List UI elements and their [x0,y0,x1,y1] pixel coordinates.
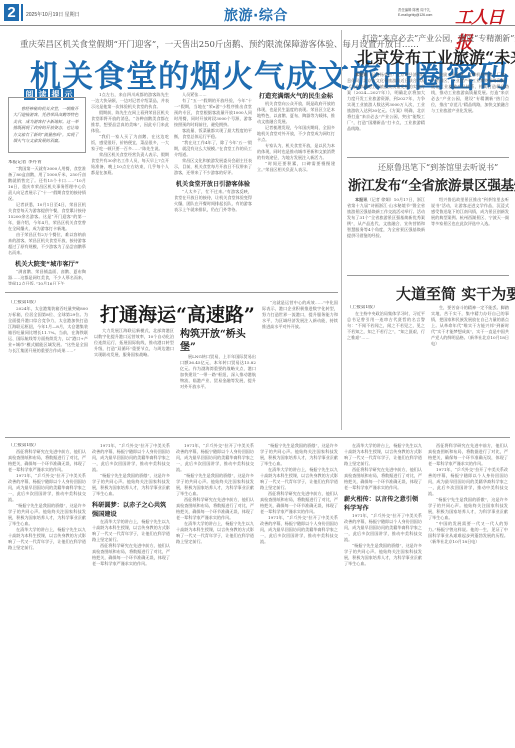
paragraph: 记者梳理发现，今年国庆期间，全国多地机关食堂对外开放，不少食堂成为网红打卡点。 [257,125,335,143]
paragraph: 生，要苦奋斗的精神一定不能丢。脚踏实地、苦干实干，集中精力办好自己的事情，把国家… [431,305,509,347]
byline: 本报讯 [355,72,367,77]
paragraph: 记者获悉，10月1日至4日，荣昌区机关食堂每天为游客提供午餐，食堂累计接待152… [8,202,86,232]
side1-column-2: 鼓励工业企业、文博机构开发工厂游、产业园区、工业遗产和工业博物馆等资源，优化工业… [431,72,509,152]
page-number-bar [21,4,23,21]
subhead: 机关食堂开放日引游客体验 [174,180,252,189]
paragraph: 由于荣昌区有2万个餐位，难以容纳前来的游客，荣昌区机关食堂开放，接待游客超过了原… [8,232,86,256]
paragraph: 本报讯（记者杨亮杰）北京市经济和信息化局、北京市文化和旅游局近日联合印发《北京市… [347,72,425,132]
side2-headline: 浙江发布“全省旅游景区强基焕新优秀案例” [348,174,515,194]
paragraph: 客流量、饭菜量都实现了最大程度的平衡，食堂总体运行平稳。 [174,128,252,140]
bottom-left-column-3: 构筑开放“桥头堡” 展LNG转口贸易，上半年国际贸易出口额36.45亿元，本年转… [180,328,256,425]
paragraph: “我国第一天就有3000人用餐，食堂准备了80盒卤鹅，用了1000斤米，250斤… [8,166,86,202]
paragraph: 荣昌区机关食堂经营负责人表示，假期食堂共有30余名工作人员，每天早上7点开始准备… [91,152,169,176]
paragraph: 荣昌区文化和旅游发展委员会副主任表示，目前，机关食堂每月开放日不仅带来了游客，还… [174,158,252,176]
bottom-left-headline: 打通海运“高速路” [100,300,255,327]
bottom-column-5: 在清华大学的讲台上，杨振宁先生以九十高龄为本科生授课，以言传身教的方式影响了一代… [344,443,422,743]
paragraph: 西征将科学研究在先进中前方，他们认真检查图纸和布局，将数据进行了对比，严格把关，… [8,449,86,473]
side3-column-1: （上接第1版） 在主持中央政治局集体学习时，习近平总书记曾引用一连串古代贤哲的名… [347,305,425,423]
paragraph: “杨振宁先生是我国的骄傲”，这是许多学子的共同心声。他始终关注国家科技发展，积极… [176,473,254,497]
editor-email: E-mail:grbly@126.com [398,13,432,18]
paragraph: 西征将科学研究在先进中前方，他们认真检查图纸和布局，将数据进行了对比，严格把关，… [92,543,170,567]
lead-column-4: 打造充满烟火气的民生金标 机关食堂向公众开放，既是政府开放的体现，也是民生温度的… [257,92,335,285]
lead-column-1: 本报记者 李丹青 “我国第一天就有3000人用餐，食堂准备了80盒卤鹅，用了10… [8,160,86,285]
bottom-left-column-4: “这就是运营中心的成效……”中化国际表示，港口企业积极推进数字化转型，努力打造世… [262,300,338,425]
subhead: 薪火相传：以言传之意引领科学写作 [344,495,422,513]
editor-credits: 责任编辑 陈俊 周千礼 E-mail:grbly@126.com [398,8,432,17]
paragraph: 1971年，“乒乓外交”拉开了中美关系改善的序幕，杨振宁随即以个人身份回国访问，… [176,443,254,473]
paragraph: 有了“五一”假期的开放经验，今年“十一”假期，当地在“荣e游”小程序推出食堂预约… [174,98,252,128]
paragraph: 绍兴鲁迅故里景区推出“到茶馆里去听说书”活动，让游客走进文学作品，沉浸式感受鲁迅… [431,197,509,227]
paragraph: 假期前，陈先生在网上看到荣昌区机关食堂即将开放的消息，“各种卤鹅美食都在推荐，想… [91,110,169,134]
column-divider [341,30,342,430]
paragraph: 西征将科学研究在先进中前方，他们认真检查图纸和布局，将数据进行了对比，严格把关，… [260,491,338,515]
paragraph: “满卤鹅、荣昌铺盖面、卤鹅、夏布陶器……这都是网红美食，不少人慕名而来，等候12… [8,269,86,285]
section-divider [5,437,510,438]
paragraph: “人太多了，忙不过来。”有游客反映，食堂在开放日的接待，让机关食堂体验变得火爆，… [174,189,252,213]
paragraph: “杨振宁先生是我国的骄傲”，这是许多学子的共同心声。他始终关注国家科技发展，积极… [260,443,338,467]
paragraph: 1971年，“乒乓外交”拉开了中美关系改善的序幕，杨振宁随即以个人身份回国访问，… [344,513,422,543]
paragraph: 专家认为，机关食堂开放，是以民为本的体现，同时也是推动城市更新和文旅消费的有效途… [257,143,335,161]
side2-kicker: 还原鲁迅笔下“到茶馆里去听说书” [378,162,498,173]
paragraph: 1971年，“乒乓外交”拉开了中美关系改善的序幕，杨振宁随即以个人身份回国访问，… [428,467,508,497]
subhead: 构筑开放“桥头堡” [180,328,256,354]
side2-column-1: 本报讯（记者 徐炯）10月17日，浙江省第十九届“诗画浙江·山水秘境节”暨全省旅… [347,197,425,269]
paragraph: 在清华大学的讲台上，杨振宁先生以九十高龄为本科生授课，以言传身教的方式影响了一代… [176,521,254,545]
section-divider [347,275,509,276]
paragraph: 2024年，太仓港集装箱吞吐量突破800万标箱，位居全国第8位、全球第29位。为… [8,306,88,354]
paragraph: 西征将科学研究在先进中前方，他们认真检查图纸和布局，将数据进行了对比，严格把关，… [344,467,422,491]
paragraph: 在清华大学的讲台上，杨振宁先生以九十高龄为本科生授课，以言传身教的方式影响了一代… [344,443,422,467]
paragraph: 机关食堂向公众开放，既是政府开放的体现，也是民生温度的表现。荣昌区立足本地特色，… [257,101,335,125]
section-divider [347,157,509,158]
page-number: 2 [4,4,19,21]
paragraph: 在清华大学的讲台上，杨振宁先生以九十高龄为本科生授课，以言传身教的方式影响了一代… [8,527,86,551]
reading-guide-box: 曾经神秘的机关食堂，一朝敞开大门迎接游客，凭借荣昌卤鹅等特色美食，成为游客打卡新… [8,97,86,153]
bottom-column-2: 1971年，“乒乓外交”拉开了中美关系改善的序幕，杨振宁随即以个人身份回国访问，… [92,443,170,743]
bottom-column-1: （上接第1版） 西征将科学研究在先进中前方，他们认真检查图纸和布局，将数据进行了… [8,443,86,743]
side1-headline: 北京发布工业旅游“未来图谱” [357,45,515,68]
paragraph: “时间还要积累，口碑需要慢慢建立。”荣昌区相关负责人表示。 [257,161,335,173]
byline: 本报讯 [355,197,367,202]
side2-column-2: 绍兴鲁迅故里景区推出“到茶馆里去听说书”活动，让游客走进文学作品，沉浸式感受鲁迅… [431,197,509,269]
bottom-column-3: 1971年，“乒乓外交”拉开了中美关系改善的序幕，杨振宁随即以个人身份回国访问，… [176,443,254,743]
paragraph: 西征将科学研究在先进中前方，他们认真检查图纸和布局，将数据进行了对比，严格把关，… [428,443,508,467]
side1-column-1: 本报讯（记者杨亮杰）北京市经济和信息化局、北京市文化和旅游局近日联合印发《北京市… [347,72,425,152]
editor-names: 责任编辑 陈俊 周千礼 [398,8,432,13]
paragraph: 1971年，“乒乓外交”拉开了中美关系改善的序幕，杨振宁随即以个人身份回国访问，… [92,443,170,473]
lead-column-3: 人员紧张…… 有了“五一”假期的开放经验，今年“十一”假期，当地在“荣e游”小程… [174,92,252,285]
paragraph: “我在这工作4年了，除了今年‘五一’假期，就没有这么大规模。”在食堂工作的员工介… [174,140,252,158]
subhead: 打造充满烟火气的民生金标 [257,92,335,101]
section-title: 旅游·综合 [224,5,288,25]
paragraph: “杨振宁先生是我国的骄傲”，这是许多学子的共同心声。他始终关注国家科技发展，积极… [428,497,508,521]
subhead: 科研圆梦：以赤子之心共筑强国建设 [92,501,170,519]
paragraph: 西征将科学研究在先进中前方，他们认真检查图纸和布局，将数据进行了对比，严格把关，… [176,497,254,521]
paragraph: “杨振宁先生是我国的骄傲”，这是许多学子的共同心声。他始终关注国家科技发展，积极… [8,503,86,527]
bottom-column-4: “杨振宁先生是我国的骄傲”，这是许多学子的共同心声。他始终关注国家科技发展，积极… [260,443,338,743]
paragraph: “中国的发展需要一代又一代人的努力。”杨振宁曾这样说。他的一生，见证了中国科学事… [428,521,508,545]
lead-column-2: 1点左右，来自四川成都的游客陈先生一边大快朵颐，一边对记者介绍菜品，并表示这是他… [91,92,169,285]
paragraph: “杨振宁先生是我国的骄傲”，这是许多学子的共同心声。他始终关注国家科技发展，积极… [344,543,422,567]
paragraph: 1971年，“乒乓外交”拉开了中美关系改善的序幕，杨振宁随即以个人身份回国访问，… [8,473,86,503]
paragraph: 本报讯（记者 徐炯）10月17日，浙江省第十九届“诗画浙江·山水秘境节”暨全省旅… [347,197,425,239]
paragraph: 在清华大学的讲台上，杨振宁先生以九十高龄为本科生授课，以言传身教的方式影响了一代… [260,467,338,491]
section-divider [5,292,338,293]
bottom-left-column-1: （上接第1版） 2024年，太仓港集装箱吞吐量突破800万标箱，位居全国第8位、… [8,300,88,425]
paragraph: “这就是运营中心的成效……”中化国际表示，港口企业积极推进数字化转型，努力打造世… [262,300,338,330]
bottom-left-column-2: 大力发展江海联运新模式，北部湾港区以数字化提升港口运营效率，10个自动化泊位连续… [94,328,174,425]
bottom-column-6: 西征将科学研究在先进中前方，他们认真检查图纸和布局，将数据进行了对比，严格把关，… [428,443,508,743]
issue-date: 2025年10月19日 星期日 [26,11,80,18]
side3-column-2: 生，要苦奋斗的精神一定不能丢。脚踏实地、苦干实干，集中精力办好自己的事情，把国家… [431,305,509,423]
subhead: 机关大院变“城市客厅” [8,260,86,269]
paragraph: 1971年，“乒乓外交”拉开了中美关系改善的序幕，杨振宁随即以个人身份回国访问，… [260,515,338,545]
side1-kicker: 打造“来京必去”产业公园，建设“专精潮新”热门点位 [362,33,515,44]
paragraph: 在清华大学的讲台上，杨振宁先生以九十高龄为本科生授课，以言传身教的方式影响了一代… [92,519,170,543]
paragraph: 鼓励工业企业、文博机构开发工厂游、产业园区、工业遗产和工业博物馆等资源，优化工业… [431,72,509,114]
paragraph: 在主持中央政治局集体学习时，习近平总书记曾引用一连串古代贤哲的名言警句：“不闻不… [347,311,425,341]
paragraph: “我们一家人买了为卤鹅、在这边吃饭，感觉很好，价格便宜，菜品很多，一大家子吃一顿… [91,134,169,152]
paragraph: 大力发展江海联运新模式，北部湾港区以数字化提升港口运营效率，10个自动化泊位连续… [94,328,174,358]
paragraph: 1点左右，来自四川成都的游客陈先生一边大快朵颐，一边对记者介绍菜品，并表示这是他… [91,92,169,110]
paragraph: 展LNG转口贸易，上半年国际贸易出口额36.45亿元，本年转口贸易达15.82亿… [180,354,256,390]
side3-headline: 大道至简 实干为要 [396,283,515,304]
reading-guide-text: 曾经神秘的机关食堂，一朝敞开大门迎接游客，凭借荣昌卤鹅等特色美食，成为游客打卡新… [13,106,79,143]
paragraph: “杨振宁先生是我国的骄傲”，这是许多学子的共同心声。他始终关注国家科技发展，积极… [92,473,170,497]
masthead: 2 2025年10月19日 星期日 旅游·综合 责任编辑 陈俊 周千礼 E-ma… [0,0,515,26]
